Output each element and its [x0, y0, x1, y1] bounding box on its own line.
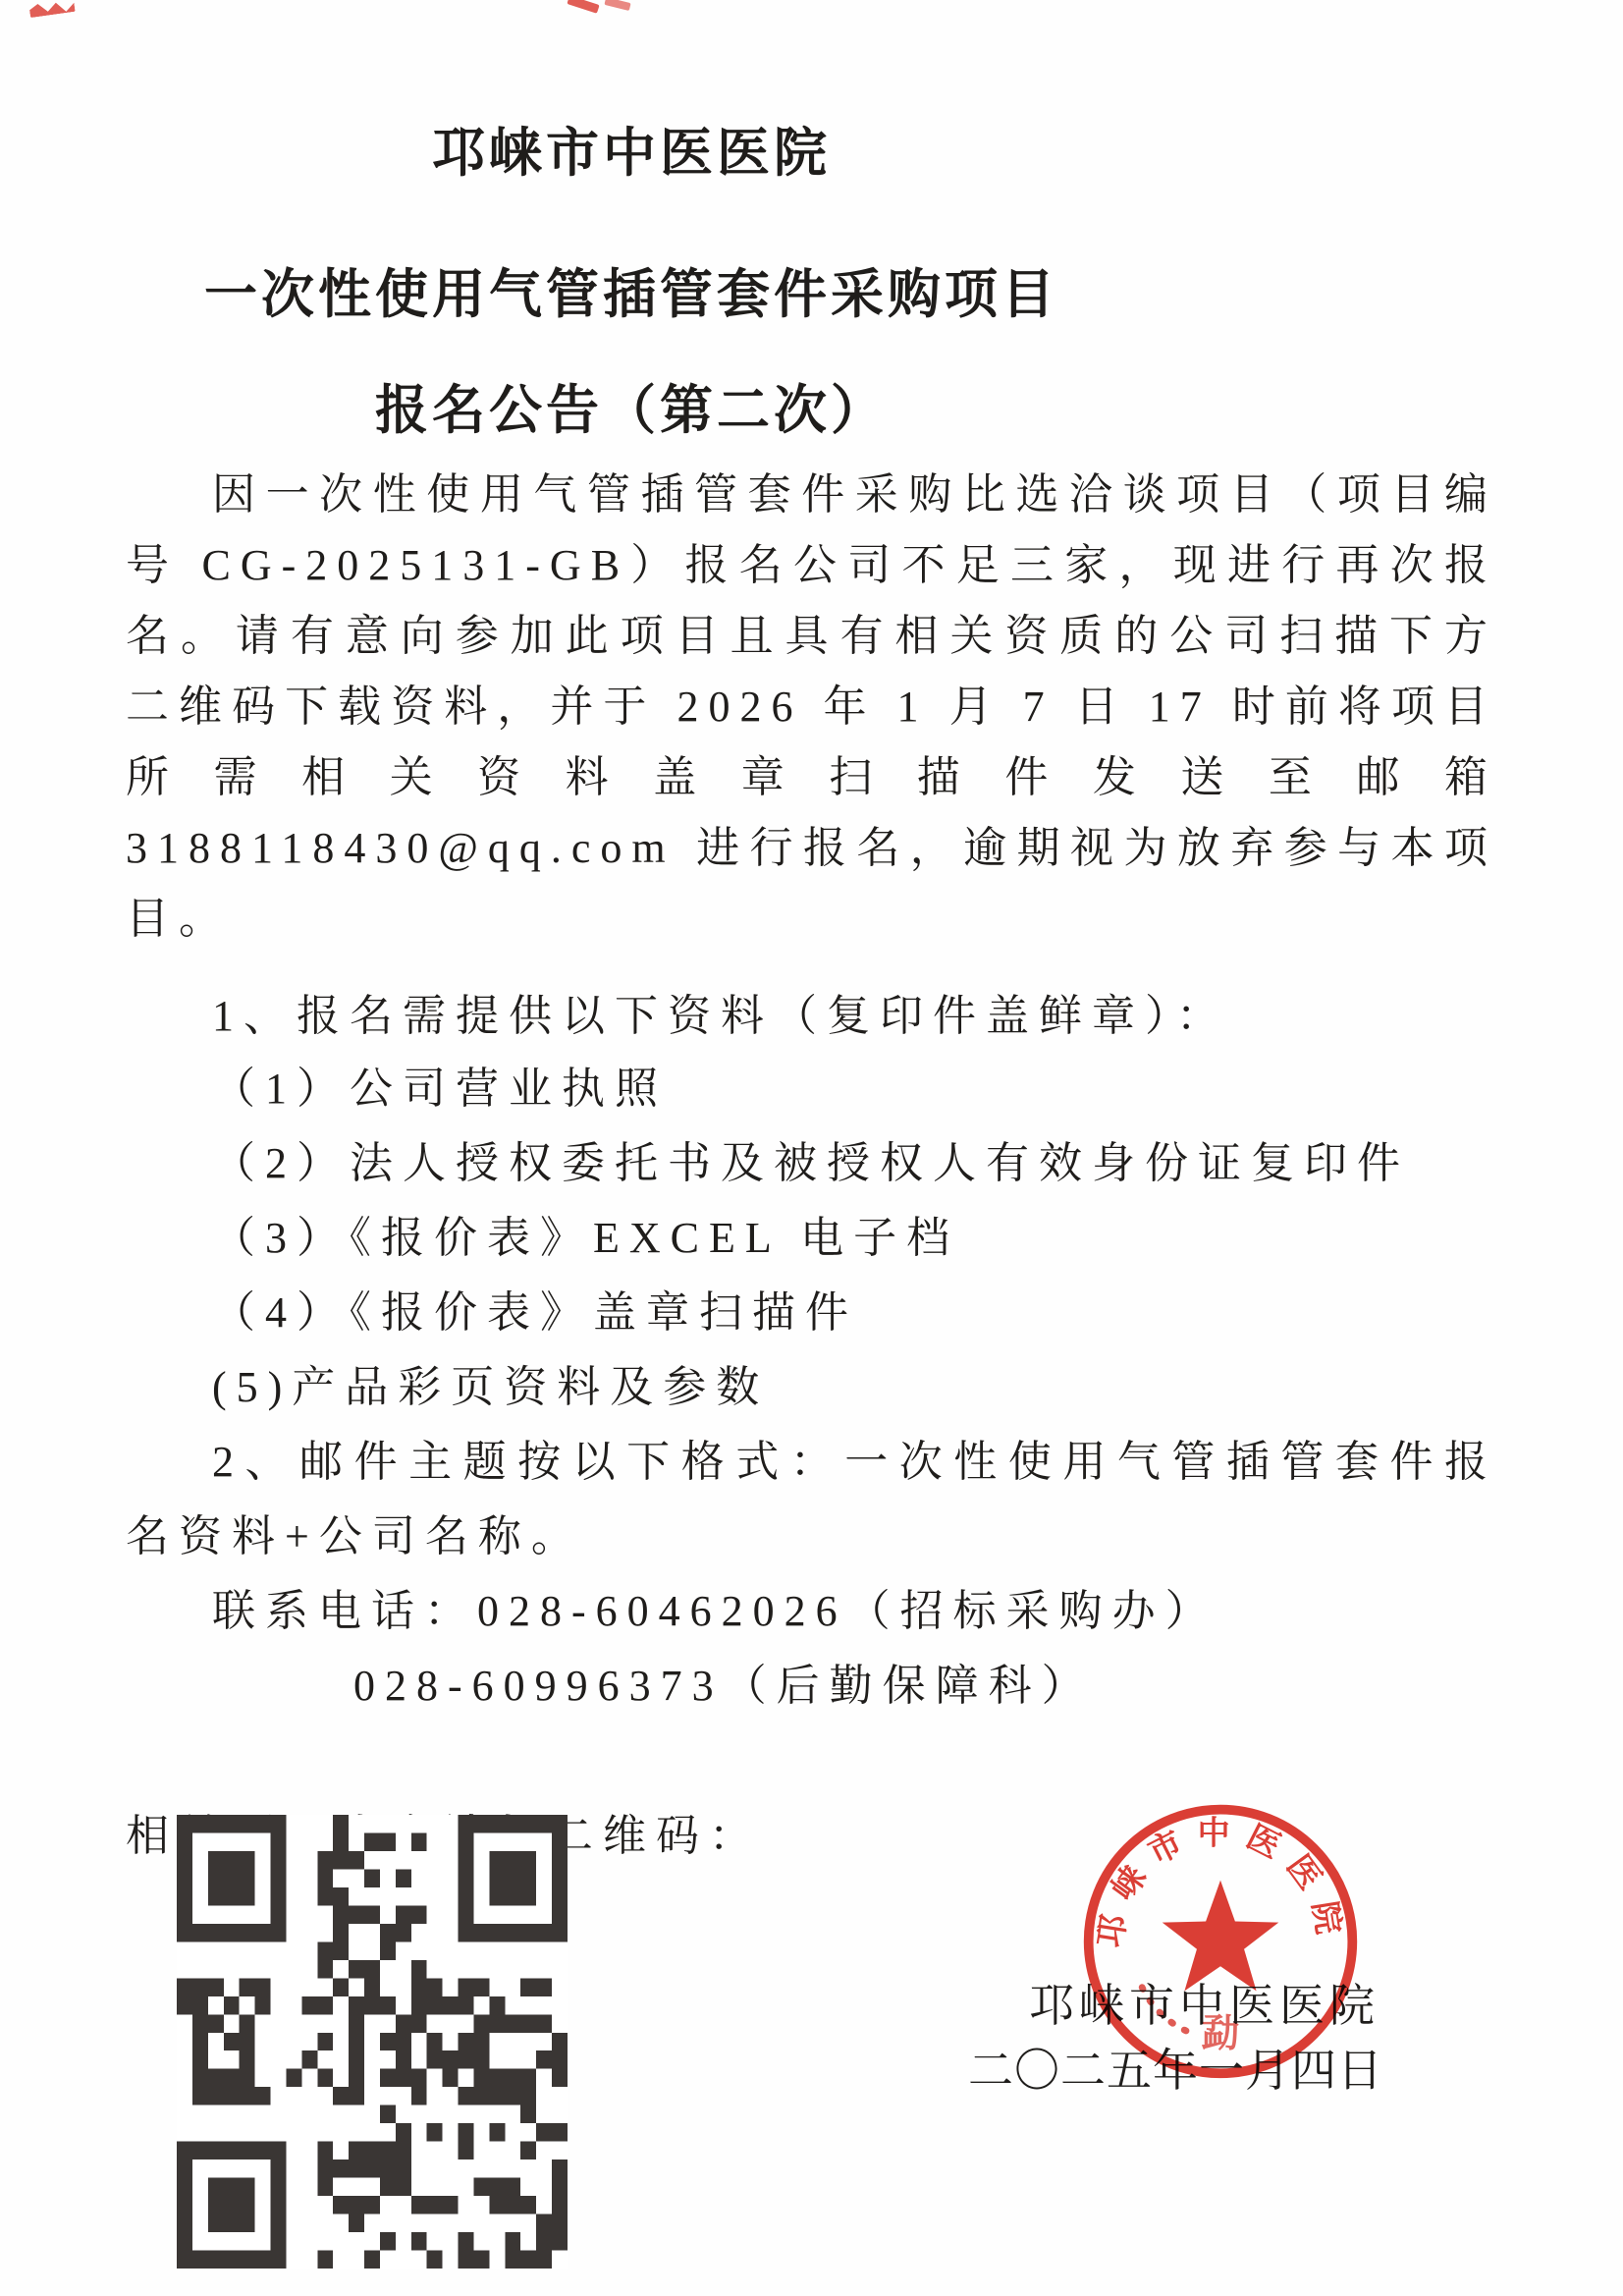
- document-title: 邛崃市中医医院 一次性使用气管插管套件采购项目 报名公告（第二次）: [126, 114, 1137, 450]
- title-hospital-name: 邛崃市中医医院: [126, 114, 1137, 192]
- seal-bottom-fragment: 勐: [1202, 2013, 1240, 2055]
- announcement-document-page: 邛崃市中医医院 一次性使用气管插管套件采购项目 报名公告（第二次） 因一次性使用…: [0, 0, 1623, 2296]
- seal-star-icon: [1163, 1881, 1279, 1992]
- material-item-3: （3）《报价表》EXCEL 电子档: [126, 1201, 1497, 1276]
- qr-code: [177, 1815, 568, 2269]
- email-subject-format: 2、邮件主题按以下格式：一次性使用气管插管套件报名资料+公司名称。: [126, 1425, 1497, 1574]
- official-seal-stamp: 邛崃市中医医院 勐: [1077, 1796, 1364, 2083]
- qr-code-image: [177, 1815, 568, 2269]
- seal-dotted-mark: [1142, 1988, 1192, 2034]
- material-item-2: （2）法人授权委托书及被授权人有效身份证复印件: [126, 1126, 1497, 1201]
- title-project-name: 一次性使用气管插管套件采购项目: [126, 255, 1137, 334]
- materials-list-heading: 1、报名需提供以下资料（复印件盖鲜章）：: [126, 981, 1497, 1052]
- material-item-5: (5)产品彩页资料及参数: [126, 1350, 1497, 1425]
- title-announcement-type: 报名公告（第二次）: [126, 371, 1137, 450]
- contact-phone-procurement: 联系电话：028-60462026（招标采购办）: [126, 1574, 1497, 1649]
- material-item-4: （4）《报价表》盖章扫描件: [126, 1276, 1497, 1350]
- material-item-1: （1）公司营业执照: [126, 1052, 1497, 1126]
- intro-paragraph: 因一次性使用气管插管套件采购比选洽谈项目（项目编号 CG-2025131-GB）…: [126, 460, 1497, 955]
- contact-phone-logistics: 028-60996373（后勤保障科）: [126, 1649, 1497, 1723]
